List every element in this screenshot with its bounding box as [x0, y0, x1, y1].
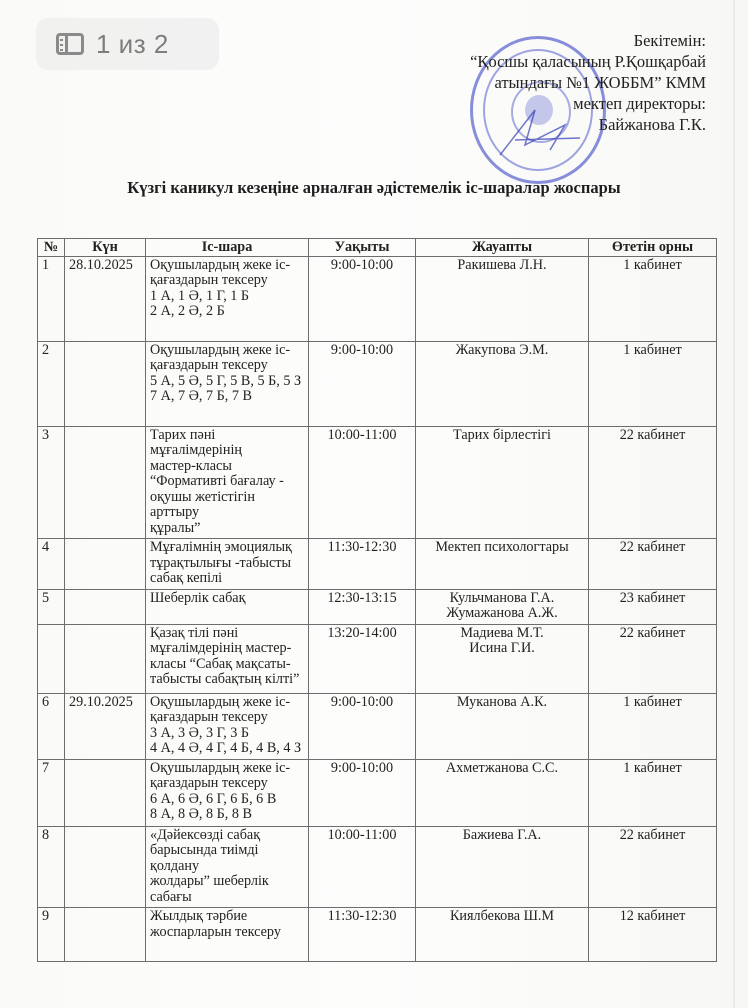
cell-number: 9 — [38, 908, 65, 962]
cell-time: 13:20-14:00 — [309, 624, 416, 693]
event-line: жоспарларын тексеру — [150, 925, 304, 941]
table-row: 4Мұғалімнің эмоциялықтұрақтылығы -табыст… — [38, 539, 717, 590]
cell-number: 8 — [38, 826, 65, 908]
cell-date — [65, 759, 146, 826]
document-title: Күзгі каникул кезеңіне арналған әдістеме… — [0, 178, 748, 198]
cell-responsible: Мектеп психологтары — [416, 539, 589, 590]
cell-date — [65, 589, 146, 624]
header-day: Күн — [65, 239, 146, 257]
event-line: барысында тиімді қолдану — [150, 843, 304, 874]
cell-date — [65, 539, 146, 590]
cell-responsible: Кульчманова Г.А.Жумажанова А.Ж. — [416, 589, 589, 624]
cell-responsible: Киялбекова Ш.М — [416, 908, 589, 962]
responsible-name: Киялбекова Ш.М — [420, 909, 584, 925]
page-indicator-badge[interactable]: 1 из 2 — [36, 18, 219, 70]
approval-line: атындағы №1 ЖОББМ” КММ — [470, 72, 706, 93]
approval-line: Бекітемін: — [470, 30, 706, 51]
cell-place: 22 кабинет — [589, 539, 717, 590]
event-line: Оқушылардың жеке іс- — [150, 258, 304, 274]
cell-time: 9:00-10:00 — [309, 341, 416, 426]
cell-number — [38, 624, 65, 693]
cell-place: 22 кабинет — [589, 426, 717, 539]
cell-place: 1 кабинет — [589, 341, 717, 426]
cell-event: Қазақ тілі пәнімұғалімдерінің мастер-кла… — [146, 624, 309, 693]
cell-date: 28.10.2025 — [65, 256, 146, 341]
event-line: 4 А, 4 Ә, 4 Г, 4 Б, 4 В, 4 З — [150, 741, 304, 757]
cell-date — [65, 341, 146, 426]
event-line: Оқушылардың жеке іс- — [150, 343, 304, 359]
event-line: Қазақ тілі пәні — [150, 626, 304, 642]
responsible-name: Исина Г.И. — [420, 641, 584, 657]
page-edge — [733, 0, 735, 1008]
event-line: 1 А, 1 Ә, 1 Г, 1 Б — [150, 289, 304, 305]
cell-time: 9:00-10:00 — [309, 759, 416, 826]
cell-responsible: Жакупова Э.М. — [416, 341, 589, 426]
cell-date — [65, 426, 146, 539]
cell-responsible: Ахметжанова С.С. — [416, 759, 589, 826]
event-line: 2 А, 2 Ә, 2 Б — [150, 304, 304, 320]
cell-place: 22 кабинет — [589, 826, 717, 908]
cell-time: 10:00-11:00 — [309, 826, 416, 908]
cell-event: Тарих пәні мұғалімдерініңмастер-класы“Фо… — [146, 426, 309, 539]
event-line: 6 А, 6 Ә, 6 Г, 6 Б, 6 В — [150, 792, 304, 808]
cell-event: Оқушылардың жеке іс-қағаздарын тексеру6 … — [146, 759, 309, 826]
cell-number: 5 — [38, 589, 65, 624]
event-line: 3 А, 3 Ә, 3 Г, 3 Б — [150, 726, 304, 742]
cell-event: «Дәйексөзді сабақбарысында тиімді қолдан… — [146, 826, 309, 908]
responsible-name: Ахметжанова С.С. — [420, 761, 584, 777]
cell-responsible: Мадиева М.Т.Исина Г.И. — [416, 624, 589, 693]
responsible-name: Кульчманова Г.А. — [420, 591, 584, 607]
responsible-name: Бажиева Г.А. — [420, 828, 584, 844]
table-row: 3Тарих пәні мұғалімдерініңмастер-класы“Ф… — [38, 426, 717, 539]
approval-line: Байжанова Г.К. — [470, 114, 706, 135]
cell-number: 1 — [38, 256, 65, 341]
cell-place: 23 кабинет — [589, 589, 717, 624]
cell-number: 2 — [38, 341, 65, 426]
cell-event: Оқушылардың жеке іс-қағаздарын тексеру1 … — [146, 256, 309, 341]
responsible-name: Мектеп психологтары — [420, 540, 584, 556]
cell-responsible: Бажиева Г.А. — [416, 826, 589, 908]
cell-place: 22 кабинет — [589, 624, 717, 693]
cell-event: Жылдық тәрбиежоспарларын тексеру — [146, 908, 309, 962]
approval-line: мектеп директоры: — [470, 93, 706, 114]
event-line: мұғалімдерінің мастер- — [150, 641, 304, 657]
table-row: 2Оқушылардың жеке іс-қағаздарын тексеру5… — [38, 341, 717, 426]
approval-line: “Қосшы қаласының Р.Қошқарбай — [470, 51, 706, 72]
event-line: «Дәйексөзді сабақ — [150, 828, 304, 844]
cell-place: 12 кабинет — [589, 908, 717, 962]
responsible-name: Жумажанова А.Ж. — [420, 606, 584, 622]
event-line: табысты сабақтың кілті” — [150, 672, 304, 688]
event-line: қағаздарын тексеру — [150, 358, 304, 374]
event-line: құралы” — [150, 521, 304, 537]
cell-time: 9:00-10:00 — [309, 256, 416, 341]
responsible-name: Ракишева Л.Н. — [420, 258, 584, 274]
cell-event: Оқушылардың жеке іс-қағаздарын тексеру5 … — [146, 341, 309, 426]
table-header-row: № Күн Іс-шара Уақыты Жауапты Өтетін орны — [38, 239, 717, 257]
cell-event: Мұғалімнің эмоциялықтұрақтылығы -табысты… — [146, 539, 309, 590]
table-row: 128.10.2025Оқушылардың жеке іс-қағаздары… — [38, 256, 717, 341]
header-place: Өтетін орны — [589, 239, 717, 257]
event-line: 7 А, 7 Ә, 7 Б, 7 В — [150, 389, 304, 405]
cell-date: 29.10.2025 — [65, 693, 146, 759]
event-line: Оқушылардың жеке іс- — [150, 761, 304, 777]
header-number: № — [38, 239, 65, 257]
cell-date — [65, 826, 146, 908]
cell-event: Оқушылардың жеке іс-қағаздарын тексеру3 … — [146, 693, 309, 759]
event-line: жолдары” шеберлік — [150, 874, 304, 890]
responsible-name: Жакупова Э.М. — [420, 343, 584, 359]
sidebar-panel-icon — [56, 33, 84, 55]
table-row: 629.10.2025Оқушылардың жеке іс-қағаздары… — [38, 693, 717, 759]
page-indicator-text: 1 из 2 — [96, 29, 169, 60]
table-row: 8«Дәйексөзді сабақбарысында тиімді қолда… — [38, 826, 717, 908]
table-row: 7Оқушылардың жеке іс-қағаздарын тексеру6… — [38, 759, 717, 826]
approval-block: Бекітемін: “Қосшы қаласының Р.Қошқарбай … — [470, 30, 706, 135]
event-line: тұрақтылығы -табысты — [150, 556, 304, 572]
event-line: Мұғалімнің эмоциялық — [150, 540, 304, 556]
event-line: класы “Сабақ мақсаты- — [150, 657, 304, 673]
table-row: 9Жылдық тәрбиежоспарларын тексеру11:30-1… — [38, 908, 717, 962]
cell-time: 9:00-10:00 — [309, 693, 416, 759]
event-line: Тарих пәні мұғалімдерінің — [150, 428, 304, 459]
event-line: сабақ кепілі — [150, 571, 304, 587]
table-row: 5Шеберлік сабақ12:30-13:15Кульчманова Г.… — [38, 589, 717, 624]
event-line: 5 А, 5 Ә, 5 Г, 5 В, 5 Б, 5 З — [150, 374, 304, 390]
cell-date — [65, 908, 146, 962]
table-row: Қазақ тілі пәнімұғалімдерінің мастер-кла… — [38, 624, 717, 693]
cell-place: 1 кабинет — [589, 693, 717, 759]
responsible-name: Тарих бірлестігі — [420, 428, 584, 444]
cell-number: 7 — [38, 759, 65, 826]
cell-time: 11:30-12:30 — [309, 539, 416, 590]
event-line: қағаздарын тексеру — [150, 273, 304, 289]
event-line: қағаздарын тексеру — [150, 710, 304, 726]
cell-number: 4 — [38, 539, 65, 590]
cell-number: 3 — [38, 426, 65, 539]
header-responsible: Жауапты — [416, 239, 589, 257]
event-line: Жылдық тәрбие — [150, 909, 304, 925]
event-line: сабағы — [150, 890, 304, 906]
event-line: Шеберлік сабақ — [150, 591, 304, 607]
cell-responsible: Ракишева Л.Н. — [416, 256, 589, 341]
event-line: мастер-класы — [150, 459, 304, 475]
header-time: Уақыты — [309, 239, 416, 257]
cell-place: 1 кабинет — [589, 759, 717, 826]
cell-number: 6 — [38, 693, 65, 759]
responsible-name: Муканова А.К. — [420, 695, 584, 711]
cell-place: 1 кабинет — [589, 256, 717, 341]
cell-date — [65, 624, 146, 693]
cell-responsible: Муканова А.К. — [416, 693, 589, 759]
document-page: Бекітемін: “Қосшы қаласының Р.Қошқарбай … — [0, 0, 748, 1008]
cell-event: Шеберлік сабақ — [146, 589, 309, 624]
activities-table: № Күн Іс-шара Уақыты Жауапты Өтетін орны… — [37, 238, 717, 962]
cell-responsible: Тарих бірлестігі — [416, 426, 589, 539]
event-line: Оқушылардың жеке іс- — [150, 695, 304, 711]
cell-time: 12:30-13:15 — [309, 589, 416, 624]
responsible-name: Мадиева М.Т. — [420, 626, 584, 642]
cell-time: 11:30-12:30 — [309, 908, 416, 962]
event-line: оқушы жетістігін арттыру — [150, 490, 304, 521]
event-line: қағаздарын тексеру — [150, 776, 304, 792]
cell-time: 10:00-11:00 — [309, 426, 416, 539]
event-line: 8 А, 8 Ә, 8 Б, 8 В — [150, 807, 304, 823]
event-line: “Формативті бағалау - — [150, 474, 304, 490]
header-event: Іс-шара — [146, 239, 309, 257]
